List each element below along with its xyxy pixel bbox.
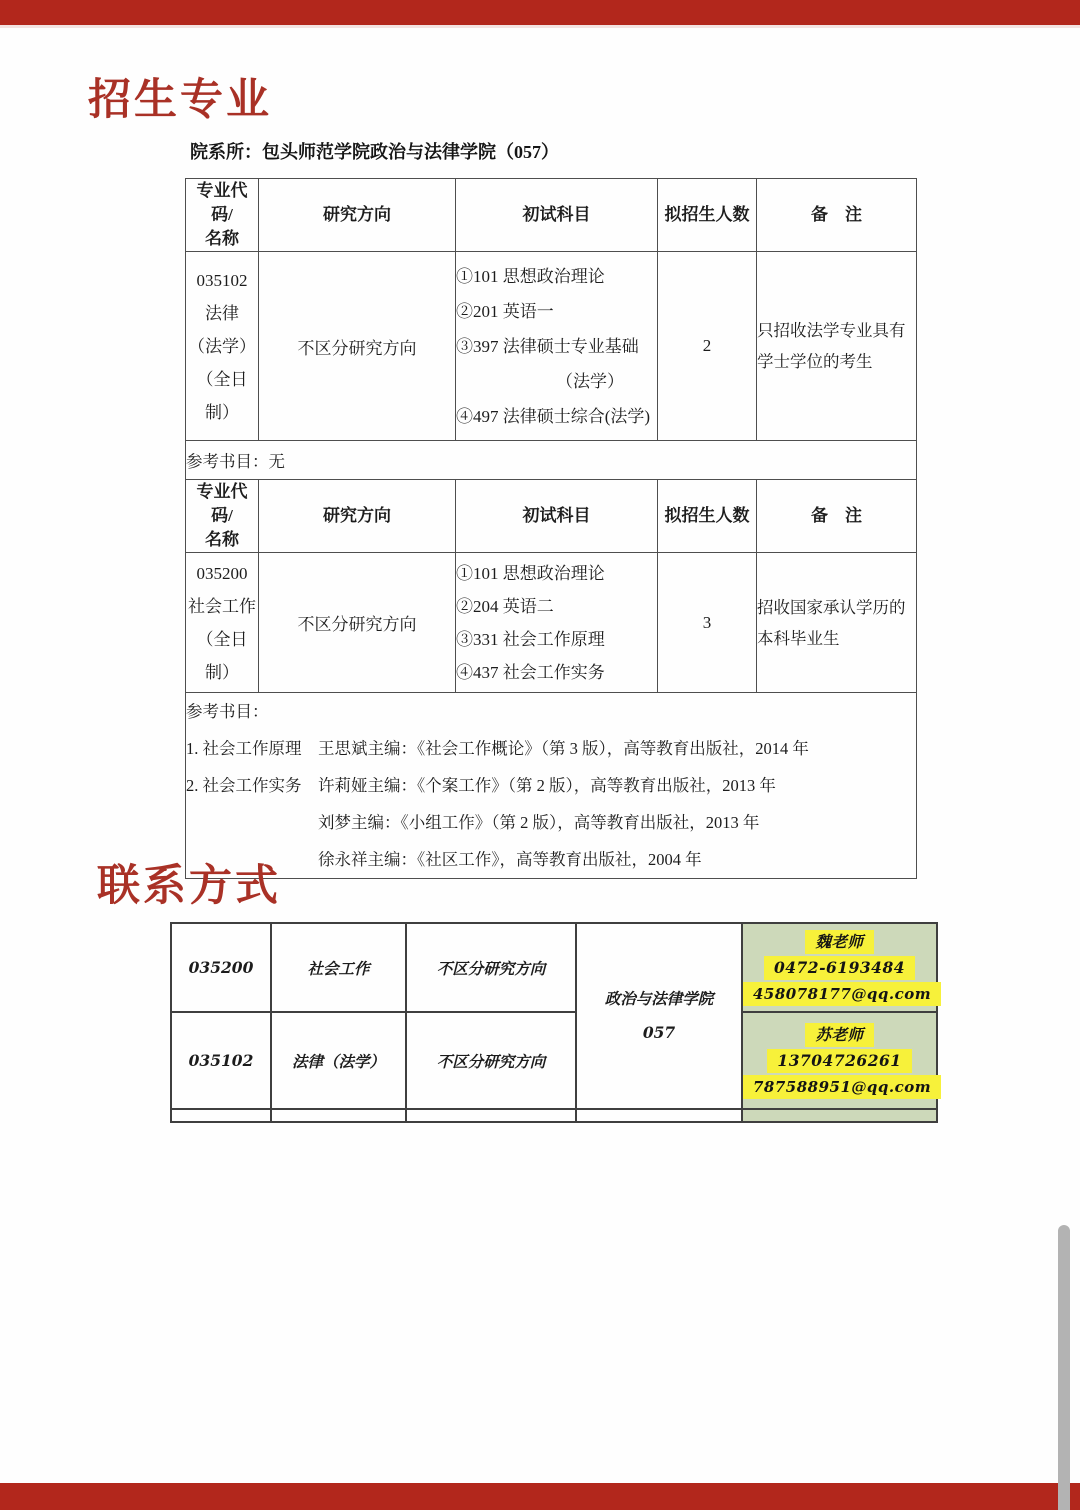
contact-row-law: 035102 法律（法学） 不区分研究方向 苏老师 13704726261 78… (171, 1012, 937, 1109)
reference-item: 徐永祥主编：《社区工作》，高等教育出版社，2004 年 (186, 841, 916, 878)
contact-direction-cell: 不区分研究方向 (406, 1012, 576, 1109)
program-subjects-cell: ①101 思想政治理论 ②201 英语一 ③397 法律硕士专业基础 （法学） … (456, 252, 658, 441)
contact-info-cell: 魏老师 0472-6193484 458078177@qq.com (742, 923, 937, 1012)
program-code-cell: 035102 法律 （法学） （全日制） (186, 252, 259, 441)
references-block-row: 参考书目： 1. 社会工作原理 王思斌主编：《社会工作概论》（第 3 版），高等… (186, 693, 917, 879)
program-direction-cell: 不区分研究方向 (259, 553, 456, 693)
department-line: 院系所：包头师范学院政治与法律学院（057） (190, 138, 559, 164)
program-note-cell: 招收国家承认学历的本科毕业生 (757, 553, 917, 693)
header-direction: 研究方向 (259, 480, 456, 553)
contact-name-highlight: 魏老师 (805, 930, 873, 954)
program-subjects-cell: ①101 思想政治理论 ②204 英语二 ③331 社会工作原理 ④437 社会… (456, 553, 658, 693)
contact-table: 035200 社会工作 不区分研究方向 政治与法律学院 057 魏老师 0472… (170, 922, 938, 1123)
contact-code-cell: 035200 (171, 923, 271, 1012)
references-none-row: 参考书目：无 (186, 441, 917, 480)
reference-item: 2. 社会工作实务 许莉娅主编：《个案工作》（第 2 版），高等教育出版社，20… (186, 767, 916, 804)
references-block-cell: 参考书目： 1. 社会工作原理 王思斌主编：《社会工作概论》（第 3 版），高等… (186, 693, 917, 879)
header-note: 备 注 (757, 480, 917, 553)
program-direction-cell: 不区分研究方向 (259, 252, 456, 441)
program-code-cell: 035200 社会工作 （全日制） (186, 553, 259, 693)
program-quota-cell: 2 (658, 252, 757, 441)
program-row-social-work: 035200 社会工作 （全日制） 不区分研究方向 ①101 思想政治理论 ②2… (186, 553, 917, 693)
admissions-header-row-2: 专业代码/ 名称 研究方向 初试科目 拟招生人数 备 注 (186, 480, 917, 553)
header-code: 专业代码/ 名称 (186, 480, 259, 553)
header-direction: 研究方向 (259, 179, 456, 252)
bottom-red-band (0, 1483, 1080, 1510)
admissions-header-row: 专业代码/ 名称 研究方向 初试科目 拟招生人数 备 注 (186, 179, 917, 252)
contact-phone-highlight: 13704726261 (767, 1049, 911, 1073)
contact-info-cell: 苏老师 13704726261 787588951@qq.com (742, 1012, 937, 1109)
contact-direction-cell: 不区分研究方向 (406, 923, 576, 1012)
contact-email-highlight: 458078177@qq.com (743, 982, 941, 1006)
contact-code-cell: 035102 (171, 1012, 271, 1109)
contact-name-highlight: 苏老师 (805, 1023, 873, 1047)
document-page: 招生专业 院系所：包头师范学院政治与法律学院（057） 专业代码/ 名称 研究方… (0, 0, 1080, 1510)
references-heading: 参考书目： (186, 693, 916, 730)
header-quota: 拟招生人数 (658, 480, 757, 553)
admissions-section-title: 招生专业 (88, 66, 272, 127)
contact-cropped-row (171, 1109, 937, 1122)
vertical-scrollbar-thumb[interactable] (1058, 1225, 1070, 1510)
admissions-table: 专业代码/ 名称 研究方向 初试科目 拟招生人数 备 注 035102 法律 （… (185, 178, 917, 879)
contact-major-cell: 社会工作 (271, 923, 406, 1012)
contact-row-social-work: 035200 社会工作 不区分研究方向 政治与法律学院 057 魏老师 0472… (171, 923, 937, 1012)
program-quota-cell: 3 (658, 553, 757, 693)
reference-item: 1. 社会工作原理 王思斌主编：《社会工作概论》（第 3 版），高等教育出版社，… (186, 730, 916, 767)
reference-item: 刘梦主编：《小组工作》（第 2 版），高等教育出版社，2013 年 (186, 804, 916, 841)
contact-email-highlight: 787588951@qq.com (743, 1075, 941, 1099)
contact-section-title: 联系方式 (97, 852, 281, 913)
contact-phone-highlight: 0472-6193484 (764, 956, 915, 980)
program-row-law: 035102 法律 （法学） （全日制） 不区分研究方向 ①101 思想政治理论… (186, 252, 917, 441)
header-subjects: 初试科目 (456, 480, 658, 553)
college-cell: 政治与法律学院 057 (576, 923, 742, 1109)
program-note-cell: 只招收法学专业具有学士学位的考生 (757, 252, 917, 441)
header-quota: 拟招生人数 (658, 179, 757, 252)
contact-major-cell: 法律（法学） (271, 1012, 406, 1109)
header-code: 专业代码/ 名称 (186, 179, 259, 252)
top-red-band (0, 0, 1080, 28)
header-note: 备 注 (757, 179, 917, 252)
references-none-cell: 参考书目：无 (186, 441, 917, 480)
header-subjects: 初试科目 (456, 179, 658, 252)
